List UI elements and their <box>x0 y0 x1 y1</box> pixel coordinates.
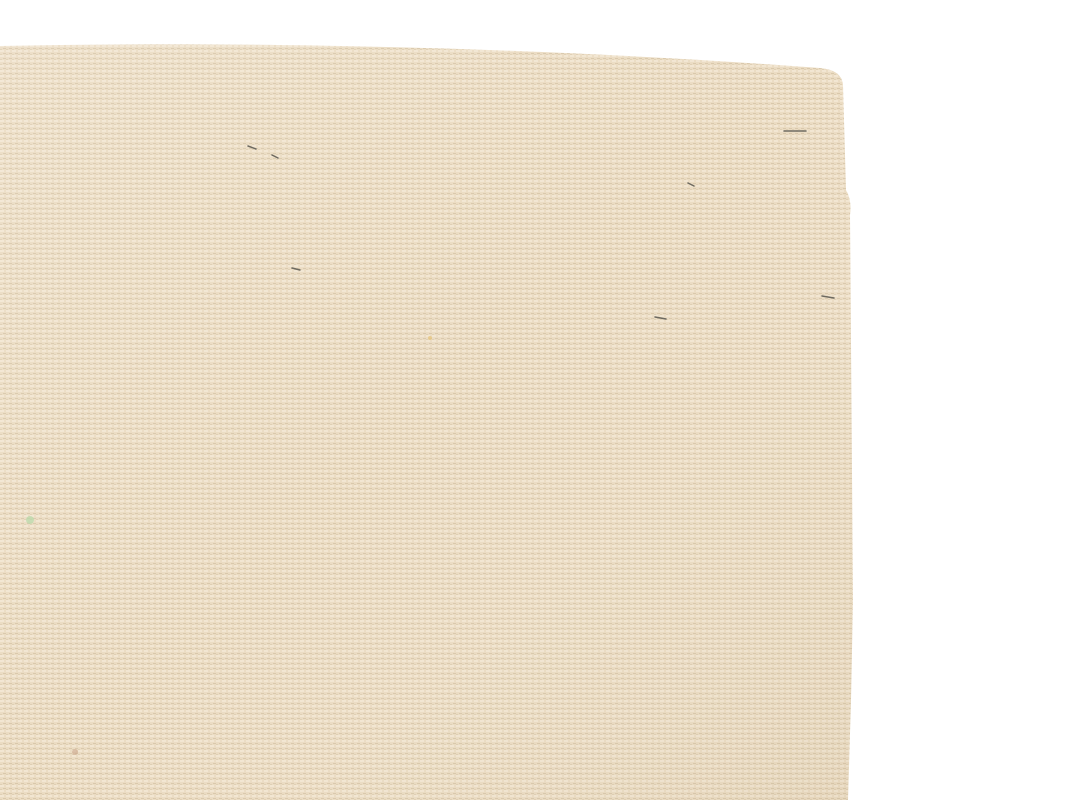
woven-fabric <box>0 0 860 800</box>
product-photo <box>0 0 1067 800</box>
